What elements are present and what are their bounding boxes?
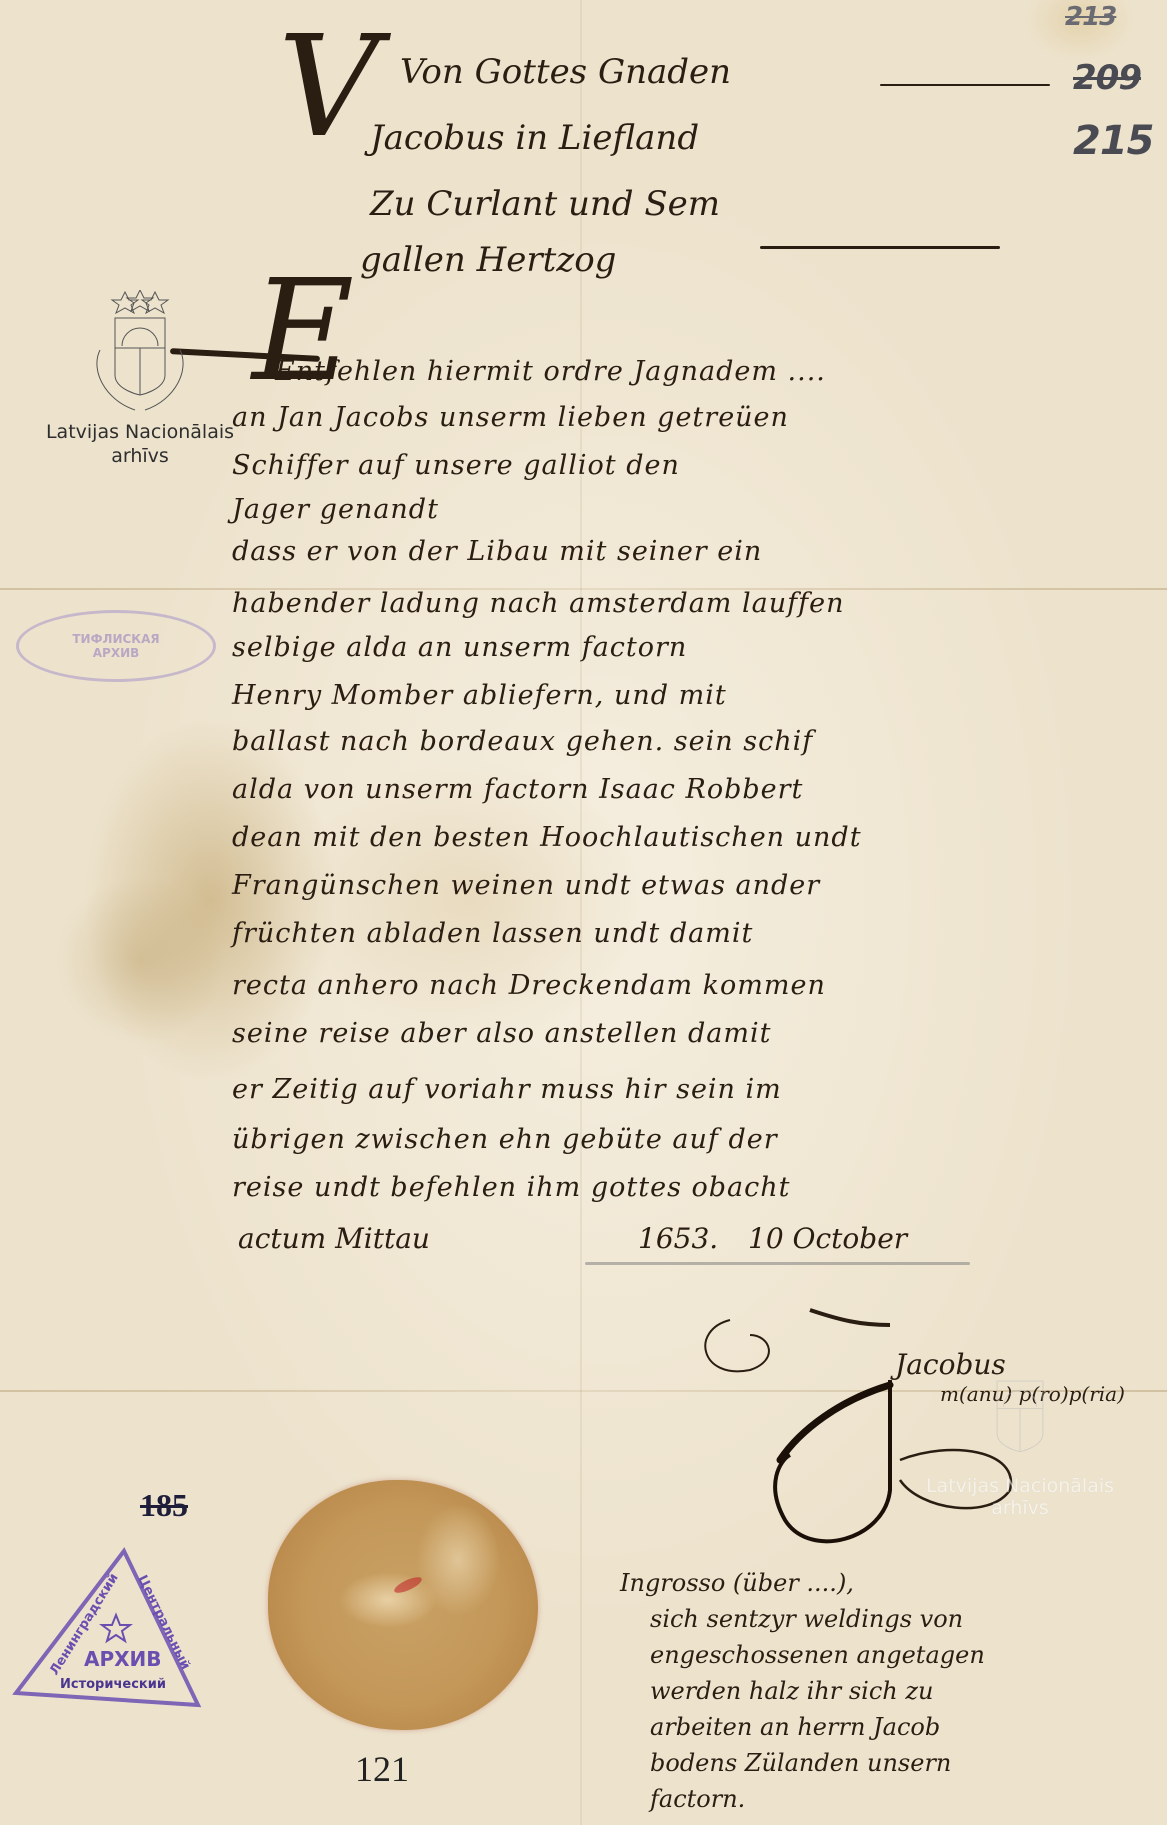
folio-number: 121 — [355, 1748, 409, 1790]
body-line: seine reise aber also anstellen damit — [232, 1018, 772, 1049]
body-line: reise undt befehlen ihm gottes obacht — [232, 1172, 791, 1203]
archive-number: 215 — [1073, 118, 1154, 164]
archive-number-crossed: 213 — [1065, 2, 1116, 32]
body-line: recta anhero nach Dreckendam kommen — [232, 970, 826, 1001]
date-year: 1653. — [638, 1222, 718, 1255]
postscript-line: bodens Zülanden unsern — [620, 1745, 1160, 1781]
wax-seal-remnant — [268, 1480, 538, 1730]
date-day-month: 10 October — [748, 1222, 907, 1255]
postscript-line: sich sentzyr weldings von — [620, 1601, 1160, 1637]
heading-line: Jacobus in Liefland — [370, 118, 699, 158]
body-line: alda von unserm factorn Isaac Robbert — [232, 774, 803, 805]
watermark-line: arhīvs — [900, 1497, 1140, 1519]
archive-watermark: Latvijas Nacionālais arhīvs — [900, 1355, 1140, 1519]
stamp-text: ТИФЛИСКАЯ — [72, 632, 159, 646]
heading-line: Von Gottes Gnaden — [400, 52, 731, 92]
oval-archive-stamp: ТИФЛИСКАЯ АРХИВ — [16, 610, 216, 682]
date-place: actum Mittau — [238, 1222, 430, 1255]
body-line: Jager genandt — [232, 494, 439, 525]
flourish — [880, 84, 1050, 86]
archive-watermark: Latvijas Nacionālais arhīvs — [20, 290, 260, 468]
postscript-line: Ingrosso (über ....), — [620, 1565, 1160, 1601]
body-line: übrigen zwischen ehn gebüte auf der — [232, 1124, 778, 1155]
watermark-line: Latvijas Nacionālais — [900, 1475, 1140, 1497]
document-page: 213 209 215 V Von Gottes Gnaden Jacobus … — [0, 0, 1167, 1825]
body-line: an Jan Jacobs unserm lieben getreüen — [232, 402, 789, 433]
postscript-line: factorn. — [620, 1781, 1160, 1817]
body-line: Frangünschen weinen undt etwas ander — [232, 870, 820, 901]
body-line: Schiffer auf unsere galliot den — [232, 450, 680, 481]
postscript-line: arbeiten an herrn Jacob — [620, 1709, 1160, 1745]
heading-line: Zu Curlant und Sem — [370, 184, 720, 224]
body-line: dean mit den besten Hoochlautischen undt — [232, 822, 862, 853]
postscript-line: werden halz ihr sich zu — [620, 1673, 1160, 1709]
body-line: dass er von der Libau mit seiner ein — [232, 536, 762, 567]
archive-numbers: 213 209 215 — [1055, 0, 1165, 170]
body-line: Entfehlen hiermit ordre Jagnadem .... — [275, 356, 826, 387]
star-icon — [102, 1615, 130, 1641]
postscript-line: engeschossenen angetagen — [620, 1637, 1160, 1673]
body-line: früchten abladen lassen undt damit — [232, 918, 753, 949]
body-line: habender ladung nach amsterdam lauffen — [232, 588, 844, 619]
body-line: ballast nach bordeaux gehen. sein schif — [232, 726, 813, 757]
archive-number-crossed: 209 — [1073, 58, 1141, 98]
flourish — [760, 246, 1000, 249]
body-line: er Zeitig auf voriahr muss hir sein im — [232, 1074, 782, 1105]
body-line: Henry Momber abliefern, und mit — [232, 680, 727, 711]
latvia-coat-of-arms-icon — [80, 290, 200, 420]
watermark-line: arhīvs — [20, 444, 260, 468]
triangle-archive-stamp: Ленинградский Центральный АРХИВ Историче… — [12, 1545, 202, 1715]
latvia-coat-of-arms-icon — [965, 1355, 1075, 1475]
stamp-text: Исторический — [60, 1677, 166, 1692]
folio-number-crossed: 185 — [140, 1487, 188, 1524]
stamp-text: АРХИВ — [84, 1647, 162, 1671]
watermark-line: Latvijas Nacionālais — [20, 420, 260, 444]
body-line: selbige alda an unserm factorn — [232, 632, 687, 663]
heading-line: gallen Hertzog — [360, 240, 616, 280]
decorative-initial: V — [278, 18, 379, 158]
stamp-text: АРХИВ — [93, 646, 140, 660]
date-underline — [585, 1262, 970, 1265]
postscript: Ingrosso (über ....), sich sentzyr weldi… — [620, 1565, 1160, 1817]
